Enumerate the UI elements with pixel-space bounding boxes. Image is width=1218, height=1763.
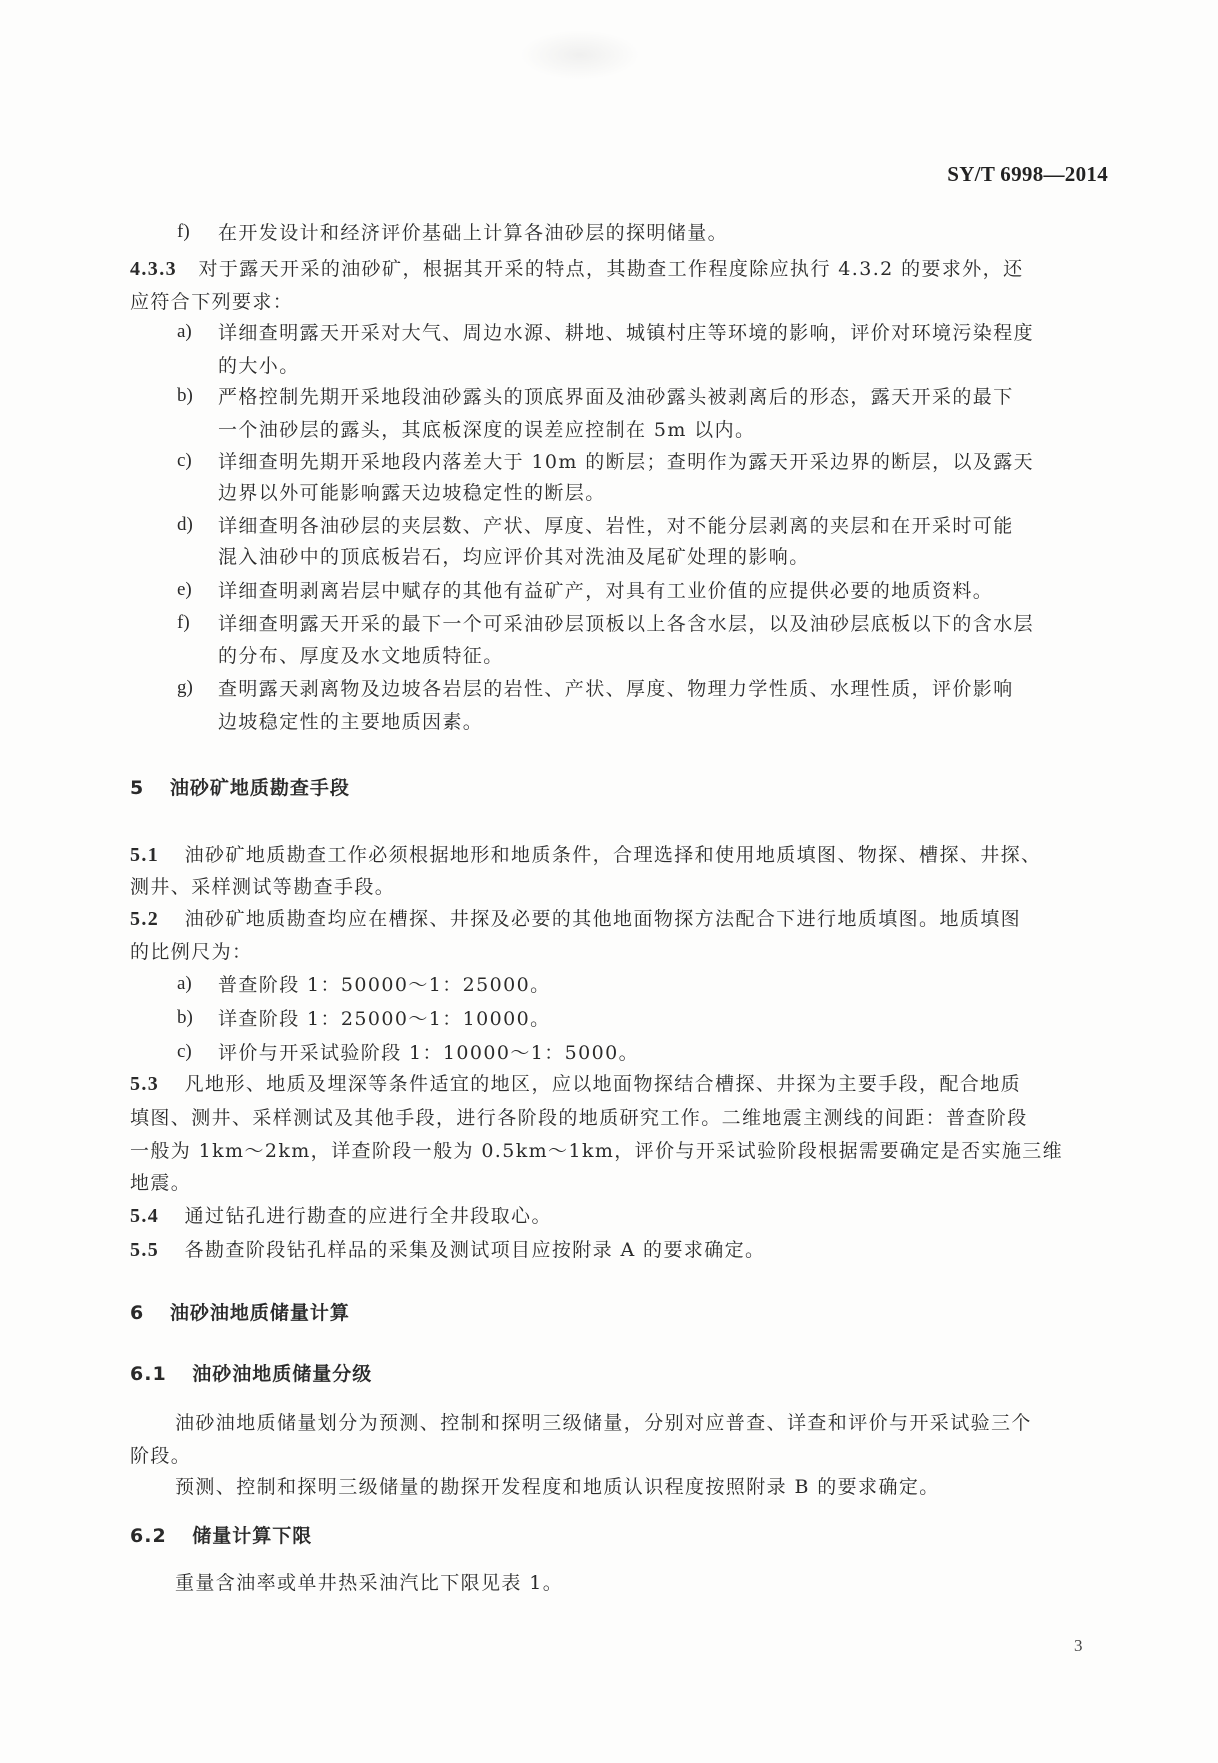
clause-5-1: 5.1 油砂矿地质勘查工作必须根据地形和地质条件，合理选择和使用地质填图、物探、… bbox=[130, 843, 1041, 867]
clause-text-cont: 一般为 1km～2km，详查阶段一般为 0.5km～1km，评价与开采试验阶段根… bbox=[130, 1139, 1063, 1163]
clause-text: 通过钻孔进行勘查的应进行全井段取心。 bbox=[185, 1205, 552, 1227]
clause-text: 油砂矿地质勘查均应在槽探、井探及必要的其他地面物探方法配合下进行地质填图。地质填… bbox=[185, 908, 1021, 930]
section-number: 6 bbox=[130, 1302, 144, 1324]
list-label: b) bbox=[177, 1007, 193, 1029]
section-heading-5: 5 油砂矿地质勘查手段 bbox=[130, 776, 350, 800]
scan-smudge bbox=[520, 30, 640, 80]
section-title: 油砂矿地质勘查手段 bbox=[170, 777, 350, 799]
paragraph: 重量含油率或单井热采油汽比下限见表 1。 bbox=[175, 1571, 563, 1595]
list-label: b) bbox=[177, 385, 193, 407]
subsection-number: 6.1 bbox=[130, 1363, 167, 1385]
list-item-text: 评价与开采试验阶段 1：10000～1：5000。 bbox=[218, 1041, 639, 1065]
list-label: c) bbox=[177, 1041, 192, 1063]
paragraph: 油砂油地质储量划分为预测、控制和探明三级储量，分别对应普查、详查和评价与开采试验… bbox=[175, 1411, 1032, 1435]
list-item-text: 严格控制先期开采地段油砂露头的顶底界面及油砂露头被剥离后的形态，露天开采的最下 bbox=[218, 385, 1014, 409]
paragraph: 预测、控制和探明三级储量的勘探开发程度和地质认识程度按照附录 B 的要求确定。 bbox=[175, 1475, 940, 1499]
clause-4-3-3: 4.3.3 对于露天开采的油砂矿，根据其开采的特点，其勘查工作程度除应执行 4.… bbox=[130, 257, 1023, 281]
clause-text: 凡地形、地质及埋深等条件适宜的地区，应以地面物探结合槽探、井探为主要手段，配合地… bbox=[185, 1073, 1021, 1095]
clause-number: 5.4 bbox=[130, 1204, 159, 1228]
clause-text: 对于露天开采的油砂矿，根据其开采的特点，其勘查工作程度除应执行 4.3.2 的要… bbox=[198, 258, 1023, 280]
clause-5-3: 5.3 凡地形、地质及埋深等条件适宜的地区，应以地面物探结合槽探、井探为主要手段… bbox=[130, 1072, 1021, 1096]
list-item-text: 混入油砂中的顶底板岩石，均应评价其对洗油及尾矿处理的影响。 bbox=[218, 545, 810, 569]
list-item-text: 详细查明露天开采的最下一个可采油砂层顶板以上各含水层，以及油砂层底板以下的含水层 bbox=[218, 612, 1034, 636]
list-label: f) bbox=[177, 221, 190, 243]
list-label: a) bbox=[177, 973, 192, 995]
subsection-heading-6-2: 6.2 储量计算下限 bbox=[130, 1524, 312, 1548]
list-item-text: 在开发设计和经济评价基础上计算各油砂层的探明储量。 bbox=[218, 221, 728, 245]
clause-number: 5.3 bbox=[130, 1072, 159, 1096]
clause-number: 5.2 bbox=[130, 907, 159, 931]
list-label: d) bbox=[177, 514, 193, 536]
clause-text-cont: 地震。 bbox=[130, 1171, 191, 1195]
paragraph-cont: 阶段。 bbox=[130, 1444, 191, 1468]
clause-5-5: 5.5 各勘查阶段钻孔样品的采集及测试项目应按附录 A 的要求确定。 bbox=[130, 1238, 765, 1262]
clause-number: 4.3.3 bbox=[130, 257, 177, 281]
subsection-title: 储量计算下限 bbox=[192, 1525, 312, 1547]
section-heading-6: 6 油砂油地质储量计算 bbox=[130, 1301, 350, 1325]
clause-text: 油砂矿地质勘查工作必须根据地形和地质条件，合理选择和使用地质填图、物探、槽探、井… bbox=[185, 844, 1042, 866]
clause-text-cont: 测井、采样测试等勘查手段。 bbox=[130, 875, 395, 899]
list-item-text: 的分布、厚度及水文地质特征。 bbox=[218, 644, 504, 668]
clause-text-cont: 应符合下列要求： bbox=[130, 290, 293, 314]
subsection-number: 6.2 bbox=[130, 1525, 167, 1547]
clause-number: 5.1 bbox=[130, 843, 159, 867]
clause-text-cont: 填图、测井、采样测试及其他手段，进行各阶段的地质研究工作。二维地震主测线的间距：… bbox=[130, 1106, 1028, 1130]
list-label: c) bbox=[177, 450, 192, 472]
list-item-text: 查明露天剥离物及边坡各岩层的岩性、产状、厚度、物理力学性质、水理性质，评价影响 bbox=[218, 677, 1014, 701]
list-label: g) bbox=[177, 677, 193, 699]
page-number: 3 bbox=[1074, 1636, 1083, 1656]
list-item-text: 边坡稳定性的主要地质因素。 bbox=[218, 710, 483, 734]
list-item-text: 的大小。 bbox=[218, 354, 300, 378]
list-item-text: 一个油砂层的露头，其底板深度的误差应控制在 5m 以内。 bbox=[218, 418, 755, 442]
subsection-title: 油砂油地质储量分级 bbox=[192, 1363, 372, 1385]
list-item-text: 详细查明剥离岩层中赋存的其他有益矿产，对具有工业价值的应提供必要的地质资料。 bbox=[218, 579, 993, 603]
list-item-text: 详细查明各油砂层的夹层数、产状、厚度、岩性，对不能分层剥离的夹层和在开采时可能 bbox=[218, 514, 1014, 538]
list-item-text: 边界以外可能影响露天边坡稳定性的断层。 bbox=[218, 481, 606, 505]
list-label: a) bbox=[177, 321, 192, 343]
list-item-text: 普查阶段 1：50000～1：25000。 bbox=[218, 973, 551, 997]
clause-5-2: 5.2 油砂矿地质勘查均应在槽探、井探及必要的其他地面物探方法配合下进行地质填图… bbox=[130, 907, 1021, 931]
list-label: f) bbox=[177, 612, 190, 634]
clause-text: 各勘查阶段钻孔样品的采集及测试项目应按附录 A 的要求确定。 bbox=[185, 1239, 766, 1261]
list-item-text: 详细查明先期开采地段内落差大于 10m 的断层；查明作为露天开采边界的断层，以及… bbox=[218, 450, 1034, 474]
section-number: 5 bbox=[130, 777, 144, 799]
list-item-text: 详细查明露天开采对大气、周边水源、耕地、城镇村庄等环境的影响，评价对环境污染程度 bbox=[218, 321, 1034, 345]
list-label: e) bbox=[177, 579, 192, 601]
list-item-text: 详查阶段 1：25000～1：10000。 bbox=[218, 1007, 551, 1031]
clause-5-4: 5.4 通过钻孔进行勘查的应进行全井段取心。 bbox=[130, 1204, 552, 1228]
subsection-heading-6-1: 6.1 油砂油地质储量分级 bbox=[130, 1362, 372, 1386]
standard-number: SY/T 6998—2014 bbox=[947, 162, 1108, 187]
clause-text-cont: 的比例尺为： bbox=[130, 940, 252, 964]
clause-number: 5.5 bbox=[130, 1238, 159, 1262]
section-title: 油砂油地质储量计算 bbox=[170, 1302, 350, 1324]
